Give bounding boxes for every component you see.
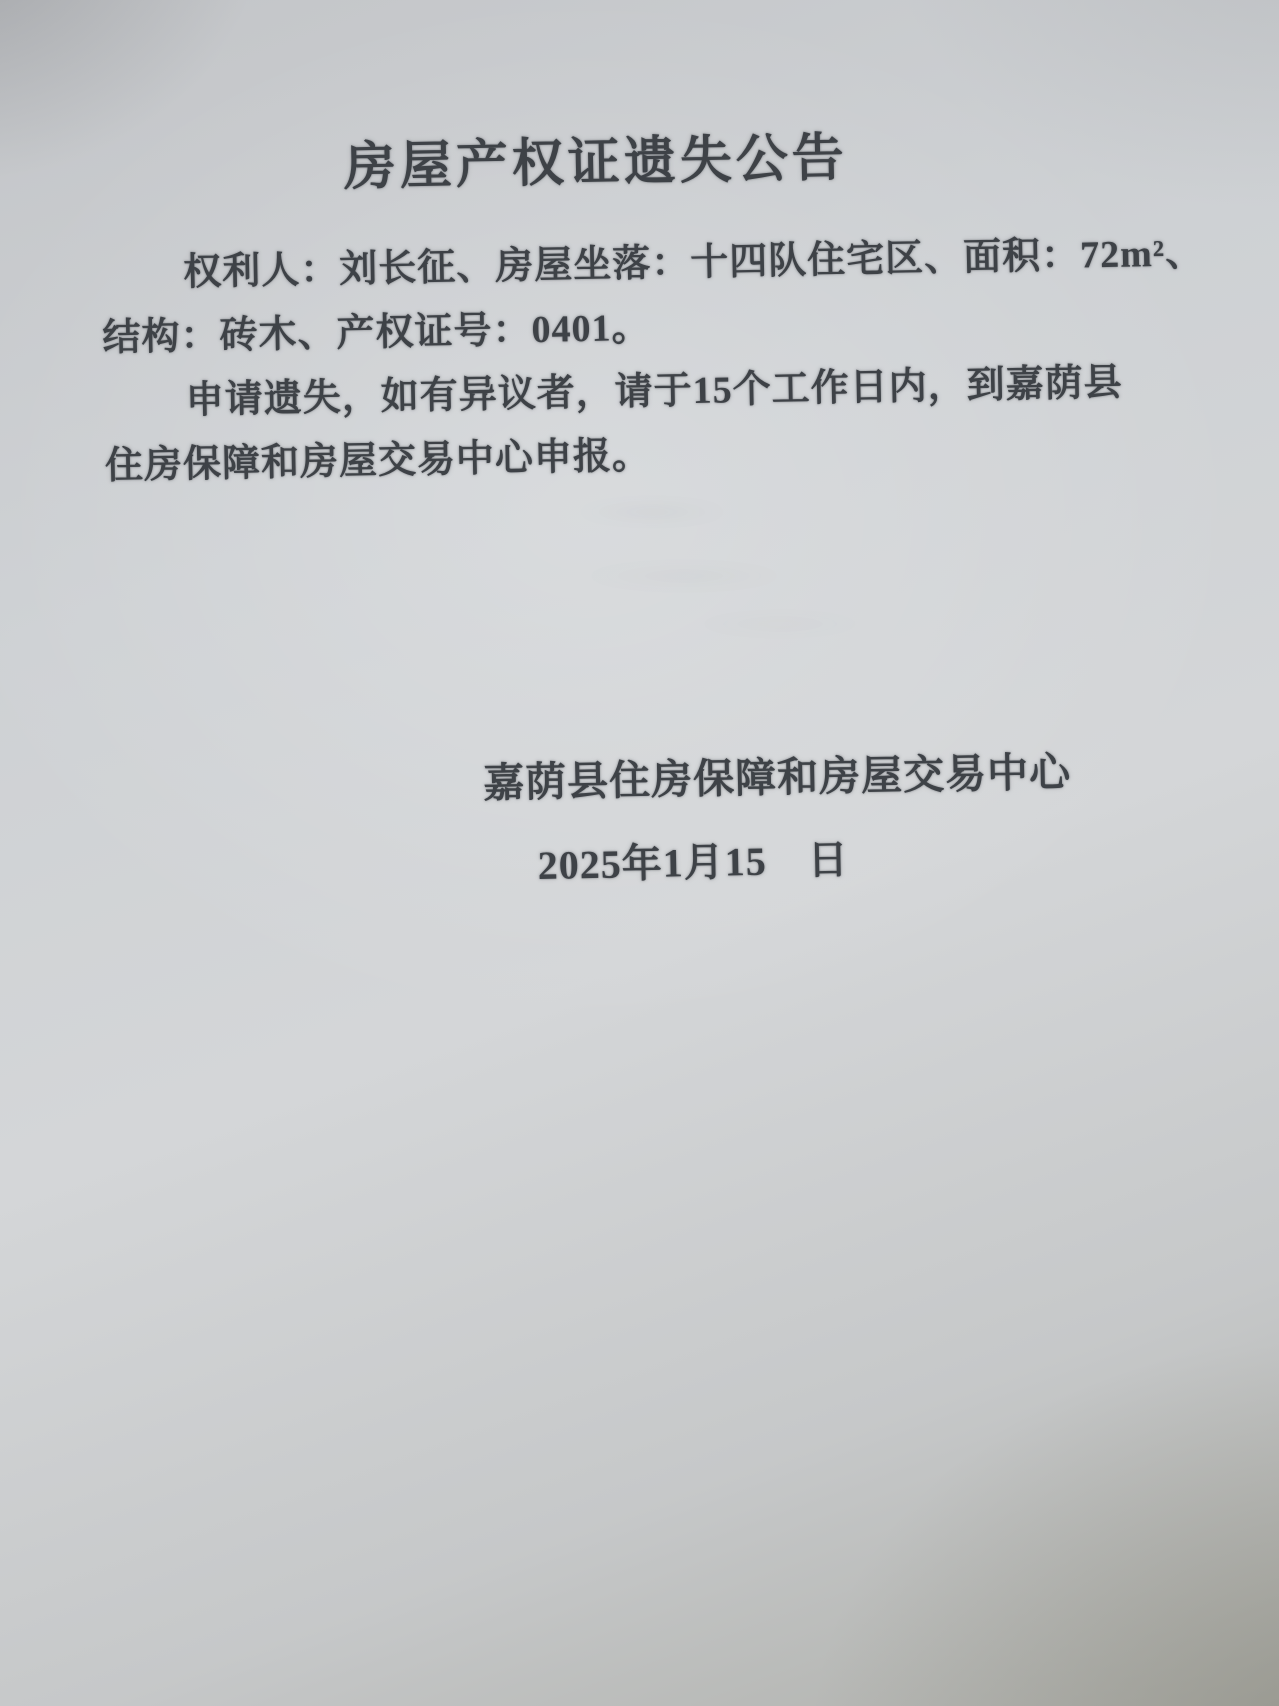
notice-title: 房屋产权证遗失公告 (0, 118, 1276, 208)
issue-date: 2025年1月15 日 (537, 826, 1279, 892)
notice-content: 房屋产权证遗失公告 权利人：刘长征、房屋坐落：十四队住宅区、面积：72m²、 结… (0, 0, 1279, 902)
photographed-notice-page: 房屋产权证遗失公告 权利人：刘长征、房屋坐落：十四队住宅区、面积：72m²、 结… (0, 0, 1279, 1706)
issuer-signature: 嘉荫县住房保障和房屋交易中心 (483, 740, 1279, 811)
notice-body: 权利人：刘长征、房屋坐落：十四队住宅区、面积：72m²、 结构：砖木、产权证号：… (101, 221, 1222, 498)
